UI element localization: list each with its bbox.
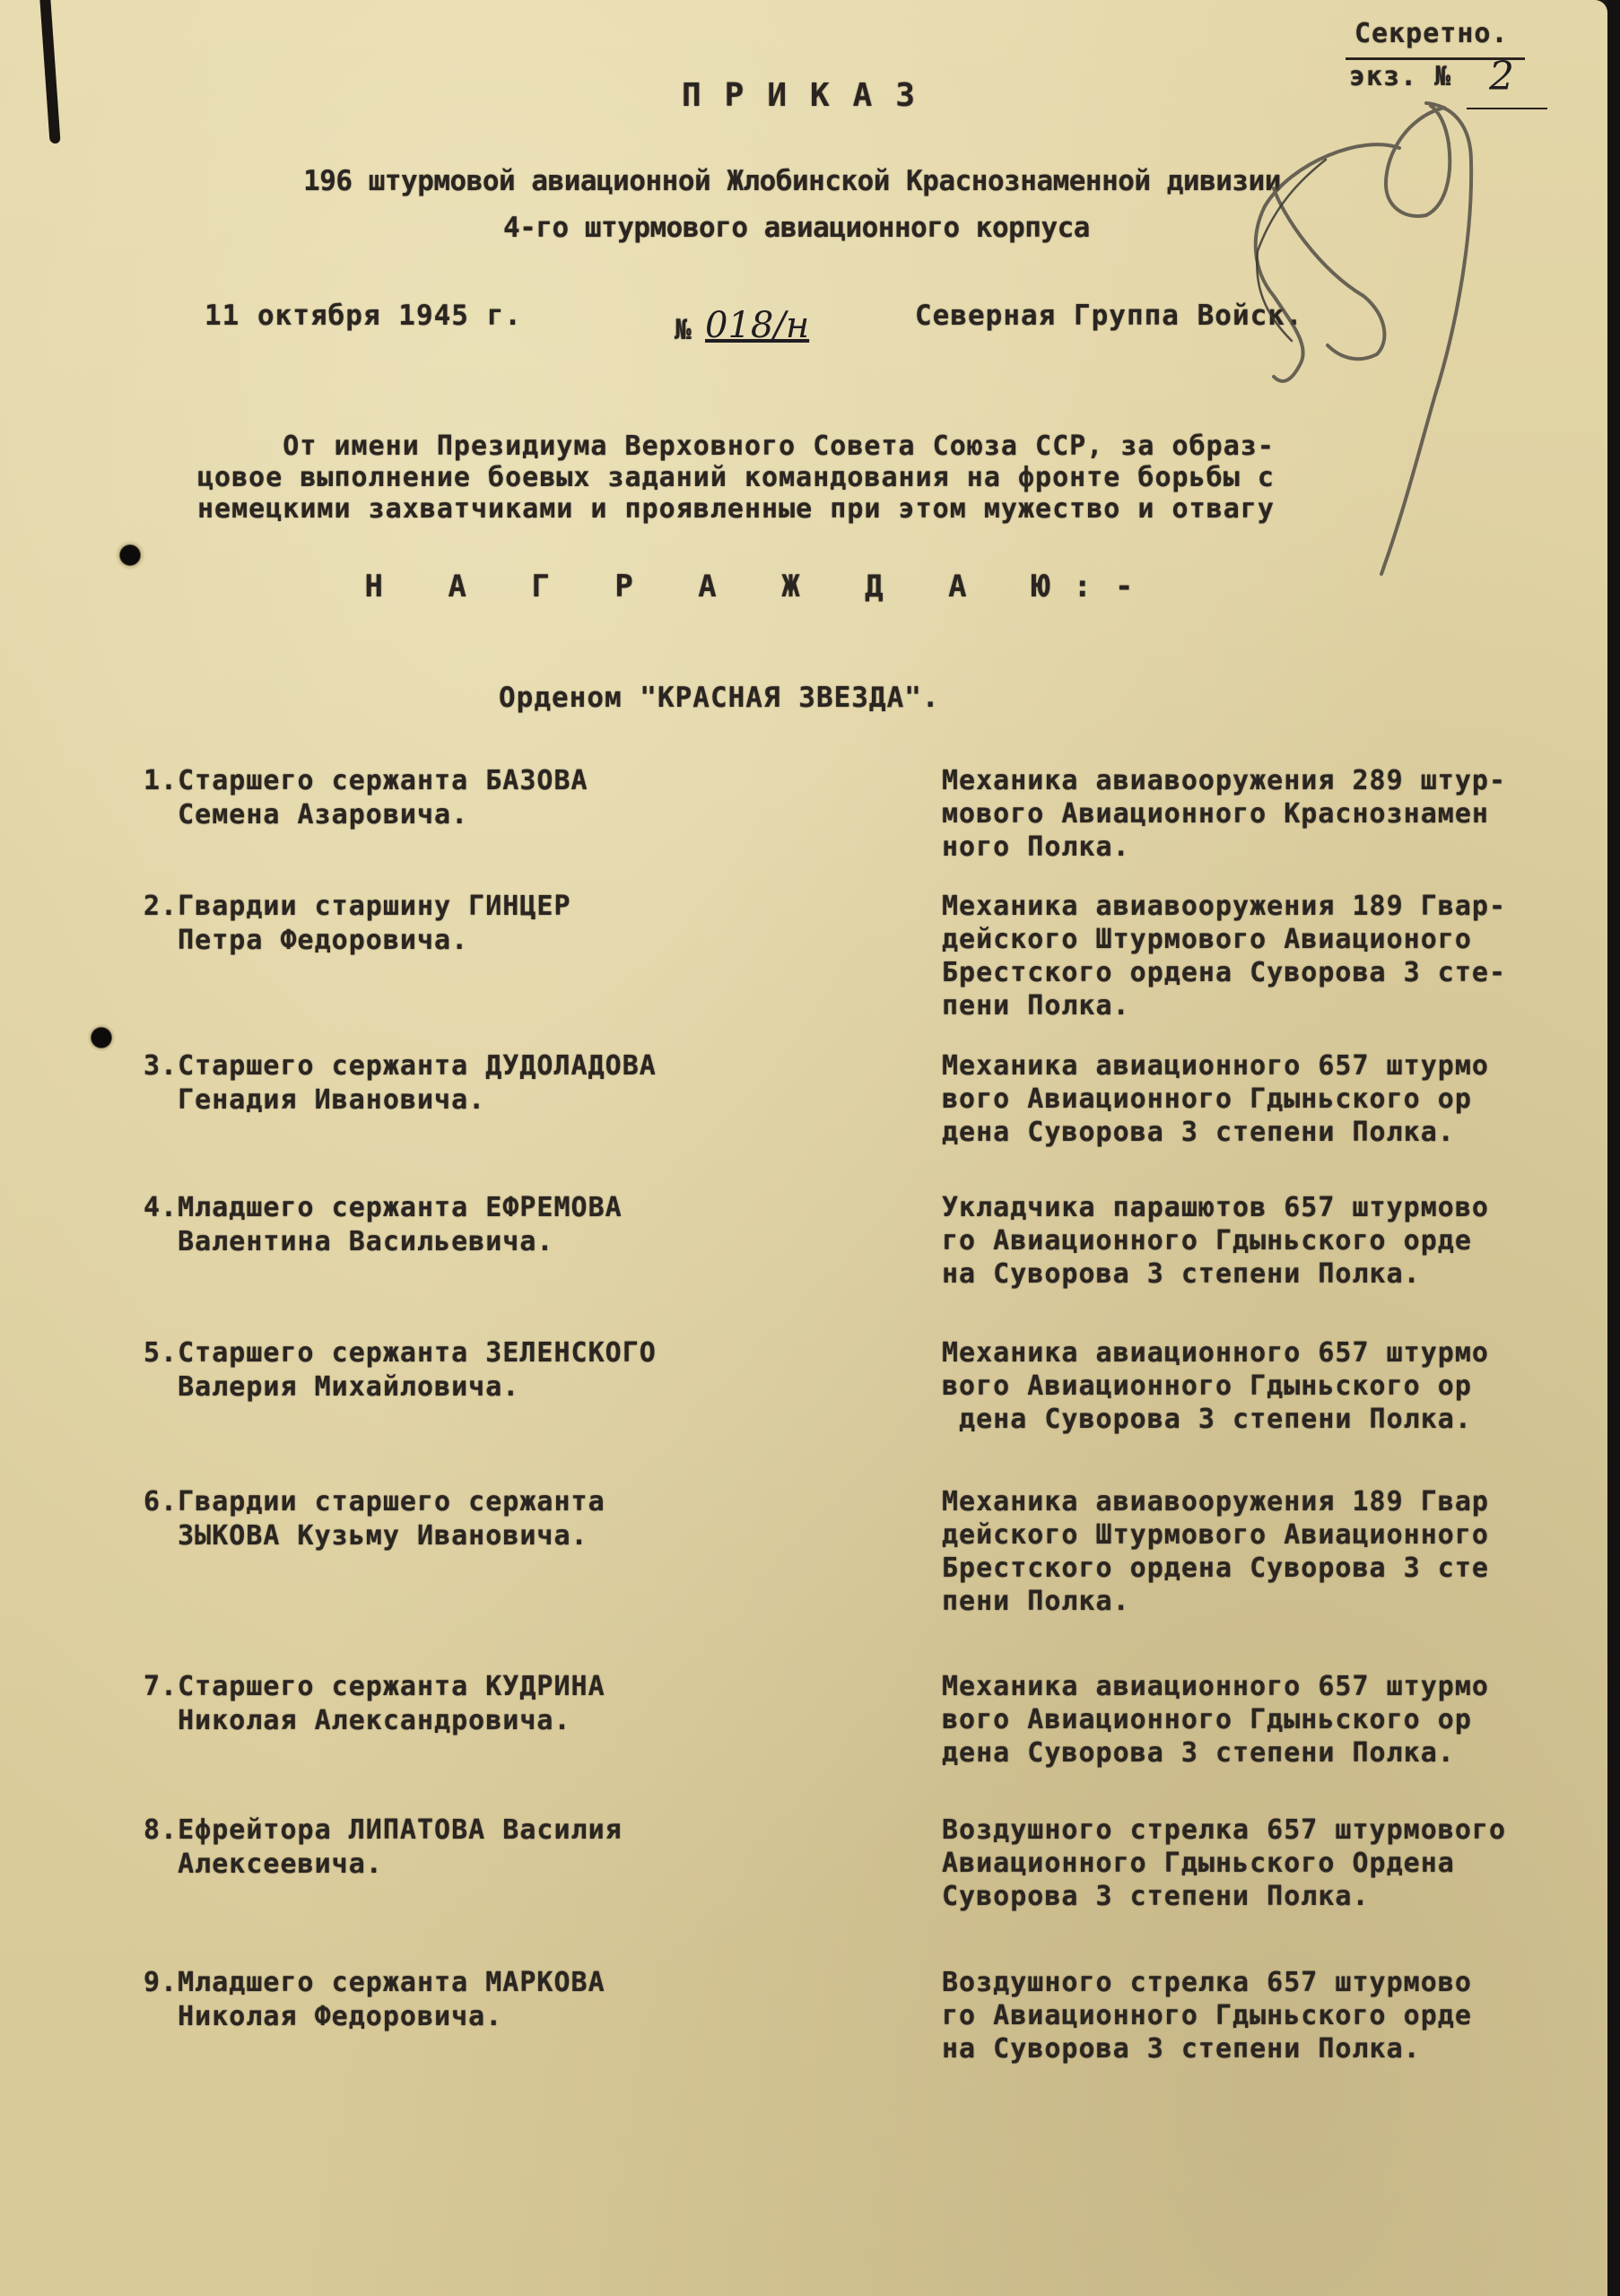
awardee-name: 3.Старшего сержанта ДУДОЛАДОВА Генадия И…: [144, 1049, 657, 1118]
awardee-position: Механика авиавооружения 189 Гвардейского…: [942, 1485, 1489, 1618]
awardee-name-line: Николая Федоровича.: [144, 2000, 605, 2034]
awardee-name-line: Валерия Михайловича.: [144, 1370, 657, 1405]
awardee-position: Укладчика парашютов 657 штурмового Авиац…: [942, 1191, 1489, 1291]
order-number-prefix: №: [675, 314, 692, 346]
awardee-position-line: вого Авиационного Гдыньского ор: [942, 1083, 1489, 1116]
awardee-name-line: 3.Старшего сержанта ДУДОЛАДОВА: [144, 1049, 657, 1083]
awardee-name-line: 4.Младшего сержанта ЕФРЕМОВА: [144, 1191, 623, 1225]
awardee-position-line: на Суворова 3 степени Полка.: [942, 2032, 1472, 2066]
awardee-name: 4.Младшего сержанта ЕФРЕМОВА Валентина В…: [144, 1191, 623, 1259]
punch-hole-lower: [86, 1022, 117, 1053]
awardee-name-line: 7.Старшего сержанта КУДРИНА: [144, 1670, 605, 1704]
awardee-position-line: Механика авиационного 657 штурмо: [942, 1336, 1489, 1370]
awardee-position-line: Воздушного стрелка 657 штурмово: [942, 1966, 1472, 1999]
awardee-position: Механика авиационного 657 штурмового Ави…: [942, 1336, 1489, 1436]
awardee-position-line: дена Суворова 3 степени Полка.: [942, 1116, 1489, 1149]
awardee-position-line: дейского Штурмового Авиационного: [942, 1518, 1489, 1552]
preamble-line: От имени Президиума Верховного Совета Со…: [197, 430, 1275, 462]
awardee-position: Механика авиавооружения 289 штур-мового …: [942, 764, 1506, 864]
awardee-name-line: Николая Александровича.: [144, 1704, 605, 1738]
order-name: Орденом "КРАСНАЯ ЗВЕЗДА".: [499, 682, 940, 714]
awardee-position-line: дена Суворова 3 степени Полка.: [942, 1403, 1489, 1436]
awardee-position-line: вого Авиационного Гдыньского ор: [942, 1370, 1489, 1403]
awardee-position-line: Суворова 3 степени Полка.: [942, 1880, 1506, 1913]
punch-hole-upper: [115, 540, 145, 570]
awardee-name-line: Генадия Ивановича.: [144, 1083, 657, 1118]
scan-edge: [1607, 0, 1620, 2296]
preamble: От имени Президиума Верховного Совета Со…: [197, 430, 231, 556]
awardee-name-line: Алексеевича.: [144, 1848, 623, 1882]
awardee-position-line: Укладчика парашютов 657 штурмово: [942, 1191, 1489, 1224]
awardee-position-line: на Суворова 3 степени Полка.: [942, 1257, 1489, 1291]
awardee-position-line: Воздушного стрелка 657 штурмового: [942, 1813, 1506, 1847]
awardee-name-line: 1.Старшего сержанта БАЗОВА: [144, 764, 588, 798]
awardee-position-line: Брестского ордена Суворова 3 сте-: [942, 956, 1506, 989]
preamble-line: немецкими захватчиками и проявленные при…: [197, 493, 1275, 525]
awardee-position-line: Механика авиавооружения 289 штур-: [942, 764, 1506, 797]
awardee-position-line: дена Суворова 3 степени Полка.: [942, 1736, 1489, 1770]
awardee-name-line: 8.Ефрейтора ЛИПАТОВА Василия: [144, 1813, 623, 1848]
awardee-position: Механика авиационного 657 штурмового Ави…: [942, 1670, 1489, 1770]
awardee-name-line: Петра Федоровича.: [144, 924, 571, 958]
awardee-name: 8.Ефрейтора ЛИПАТОВА Василия Алексеевича…: [144, 1813, 623, 1882]
awardee-position-line: Механика авиавооружения 189 Гвар-: [942, 890, 1506, 923]
awardee-name-line: 9.Младшего сержанта МАРКОВА: [144, 1966, 605, 2000]
awardee-position-line: вого Авиационного Гдыньского ор: [942, 1703, 1489, 1736]
awardee-name: 7.Старшего сержанта КУДРИНА Николая Алек…: [144, 1670, 605, 1738]
awardee-position-line: дейского Штурмового Авиационого: [942, 923, 1506, 956]
order-number: 018/н: [705, 305, 809, 346]
awardee-position-line: пени Полка.: [942, 1585, 1489, 1618]
unit-line-1: 196 штурмовой авиационной Жлобинской Кра…: [0, 165, 1620, 197]
awardee-name: 2.Гвардии старшину ГИНЦЕР Петра Федорови…: [144, 890, 571, 958]
awardee-position: Воздушного стрелка 657 штурмовогоАвиацио…: [942, 1813, 1506, 1913]
awardee-position-line: Механика авиационного 657 штурмо: [942, 1049, 1489, 1083]
awardee-name-line: 6.Гвардии старшего сержанта: [144, 1485, 605, 1519]
awardee-position-line: Механика авиационного 657 штурмо: [942, 1670, 1489, 1703]
awardee-position: Механика авиавооружения 189 Гвар-дейског…: [942, 890, 1506, 1022]
awardee-name: 5.Старшего сержанта ЗЕЛЕНСКОГО Валерия М…: [144, 1336, 657, 1405]
awardee-name-line: 2.Гвардии старшину ГИНЦЕР: [144, 890, 571, 924]
order-date: 11 октября 1945 г.: [205, 300, 522, 332]
classification-label: Секретно.: [1354, 18, 1509, 49]
awardee-position-line: ного Полка.: [942, 831, 1506, 864]
awardee-name: 6.Гвардии старшего сержанта ЗЫКОВА Кузьм…: [144, 1485, 605, 1553]
unit-line-2: 4-го штурмового авиационного корпуса: [0, 212, 1620, 244]
awardee-position-line: го Авиационного Гдыньского орде: [942, 1224, 1489, 1257]
awardee-name-line: Валентина Васильевича.: [144, 1225, 623, 1259]
order-title: ПРИКАЗ: [0, 77, 1620, 114]
awardee-position-line: Брестского ордена Суворова 3 сте: [942, 1552, 1489, 1585]
awardee-position-line: пени Полка.: [942, 989, 1506, 1022]
awardee-position-line: го Авиационного Гдыньского орде: [942, 1999, 1472, 2032]
awardee-position: Механика авиационного 657 штурмового Ави…: [942, 1049, 1489, 1149]
awards-heading: Н А Г Р А Ж Д А Ю:-: [0, 569, 1620, 604]
order-place: Северная Группа Войск.: [915, 300, 1303, 332]
awardee-position-line: Авиационного Гдыньского Ордена: [942, 1847, 1506, 1880]
awardee-position-line: мового Авиационного Краснознамен: [942, 797, 1506, 831]
awardee-name: 9.Младшего сержанта МАРКОВА Николая Федо…: [144, 1966, 605, 2034]
awardee-name: 1.Старшего сержанта БАЗОВА Семена Азаров…: [144, 764, 588, 832]
awardee-position: Воздушного стрелка 657 штурмового Авиаци…: [942, 1966, 1472, 2066]
awardee-position-line: Механика авиавооружения 189 Гвар: [942, 1485, 1489, 1518]
awardee-name-line: Семена Азаровича.: [144, 798, 588, 832]
awardee-name-line: ЗЫКОВА Кузьму Ивановича.: [144, 1519, 605, 1553]
preamble-line: цовое выполнение боевых заданий командов…: [197, 462, 1275, 493]
awardee-name-line: 5.Старшего сержанта ЗЕЛЕНСКОГО: [144, 1336, 657, 1370]
